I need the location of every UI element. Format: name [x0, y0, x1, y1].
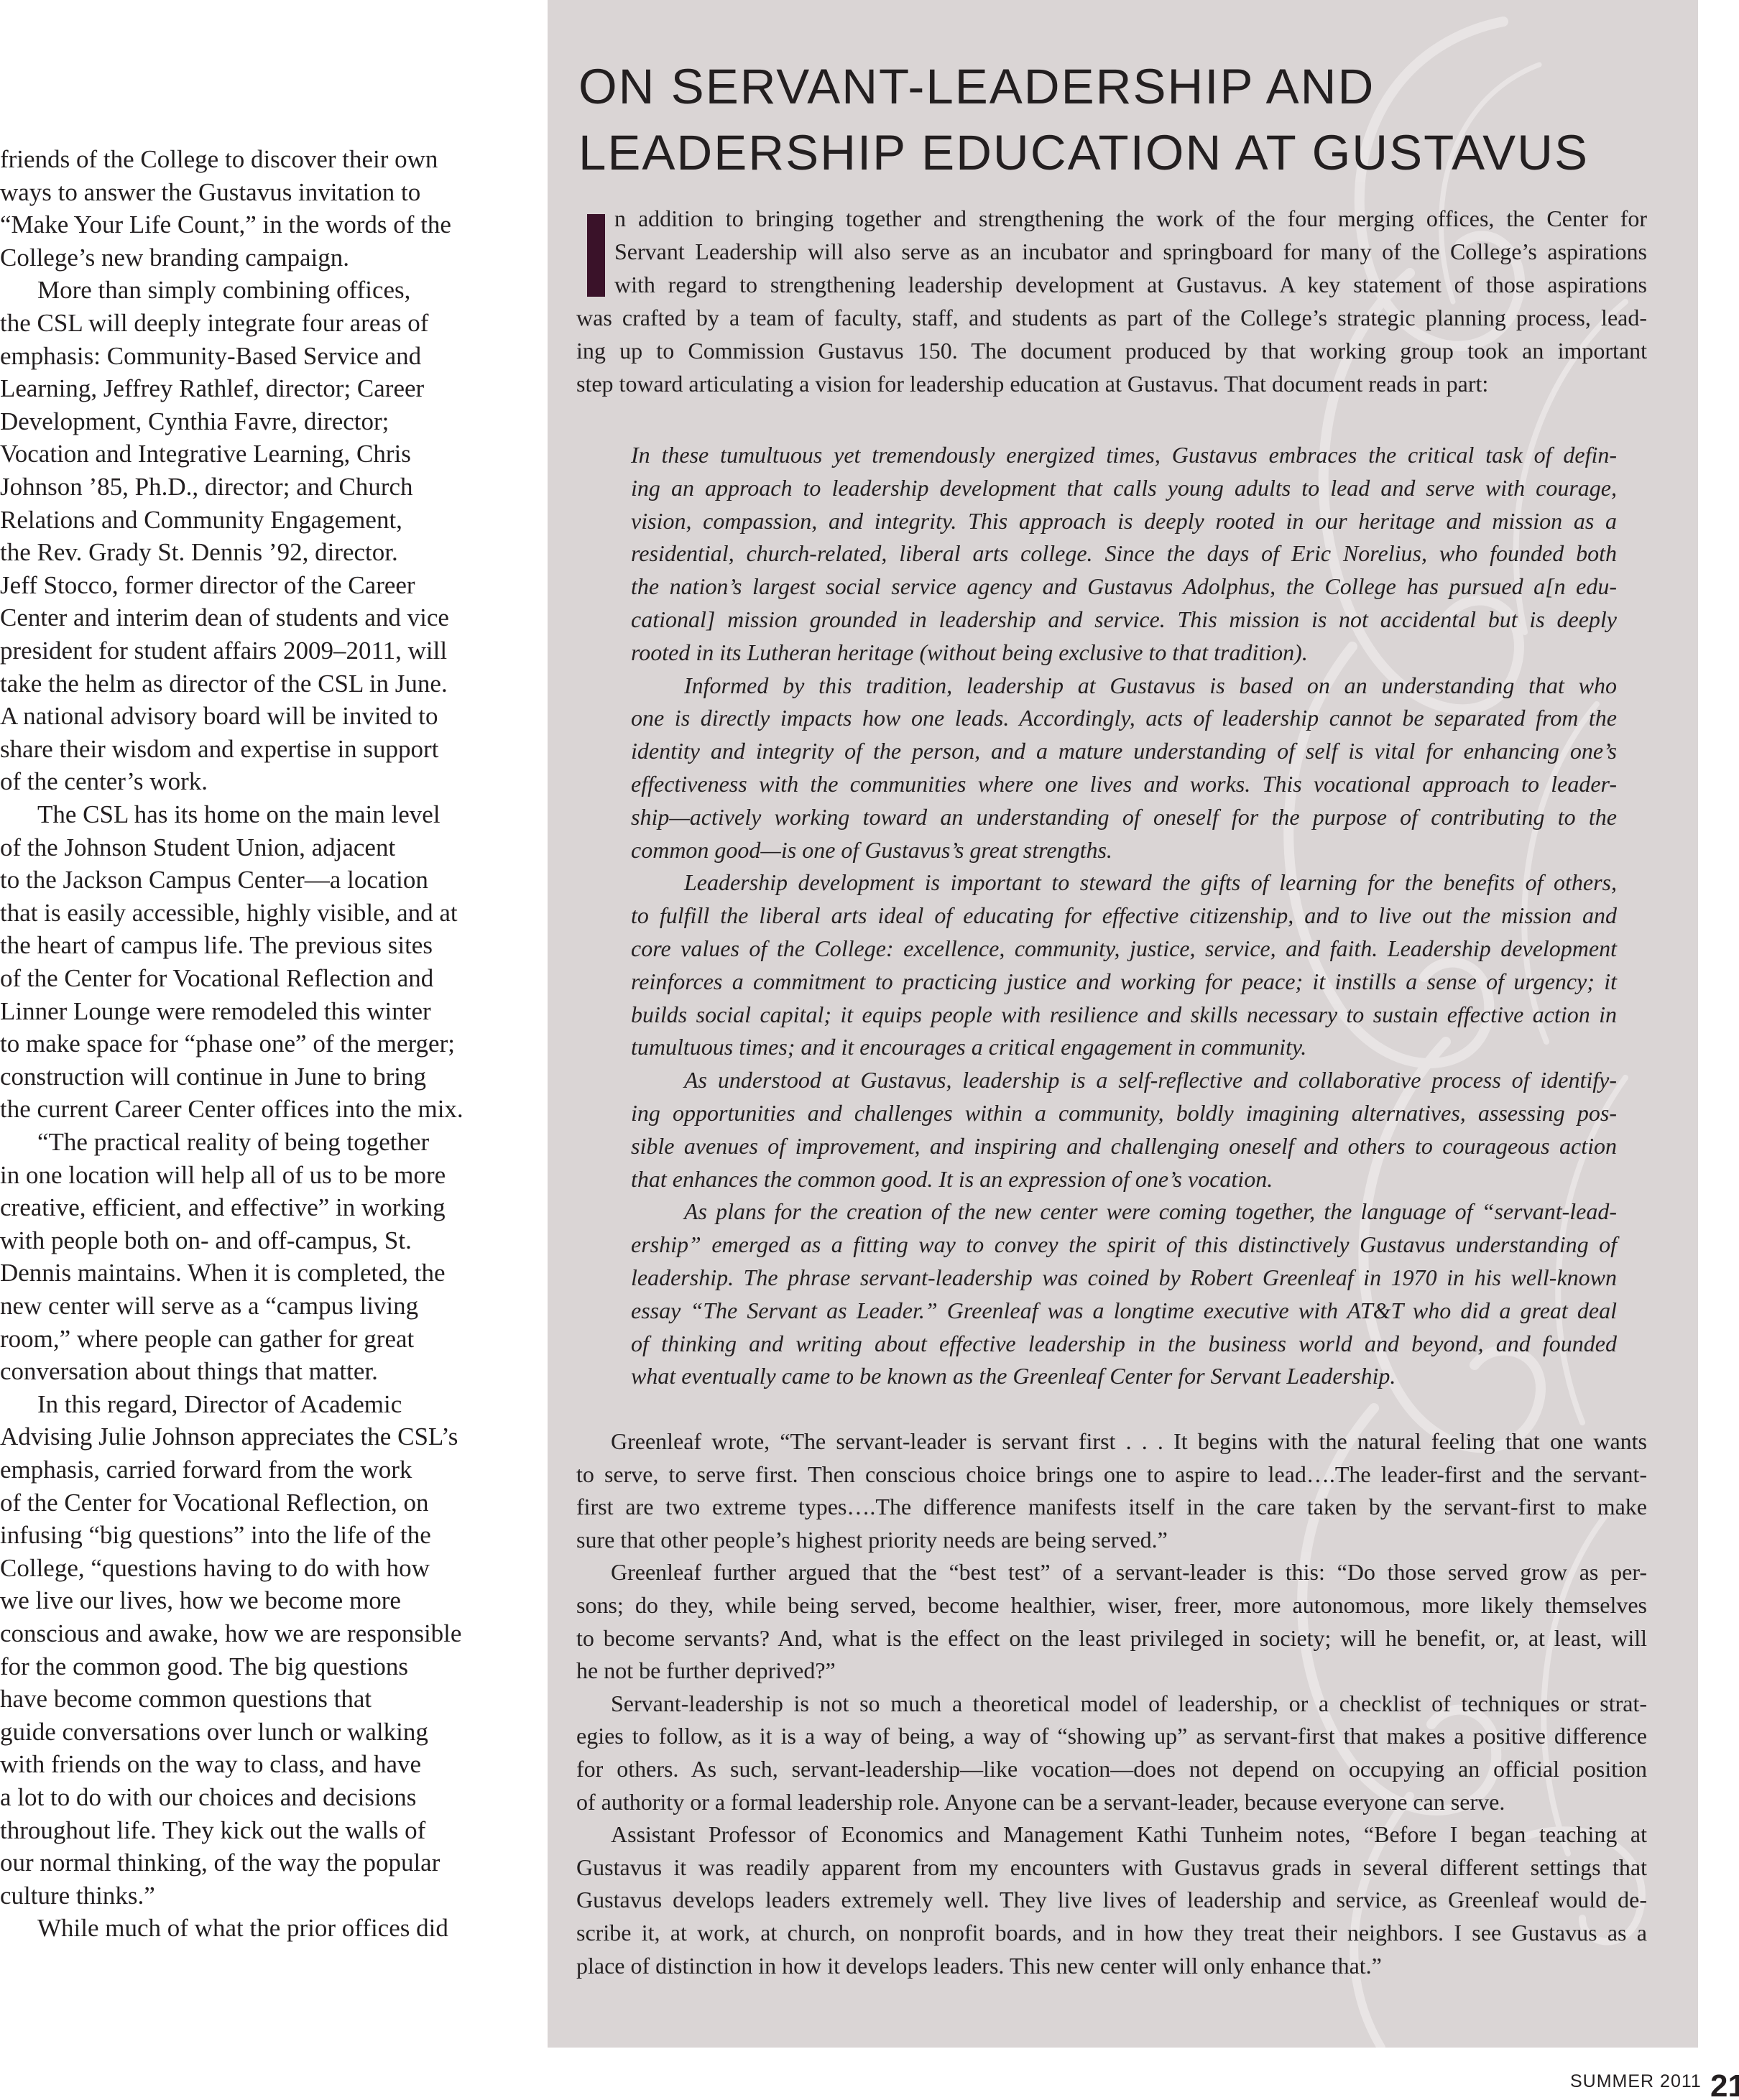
left-column-line: creative, efficient, and effective” in w…	[0, 1195, 446, 1220]
left-column-line: Center and interim dean of students and …	[0, 605, 449, 630]
quote-line: vision, compassion, and integrity. This …	[631, 509, 1617, 532]
left-column-line: Linner Lounge were remodeled this winter	[0, 999, 431, 1024]
quote-line: identity and integrity of the person, an…	[631, 739, 1617, 762]
quote-line: leadership. The phrase servant-leadershi…	[631, 1266, 1617, 1289]
left-column-line: president for student affairs 2009–2011,…	[0, 638, 447, 663]
quote-line: ing opportunities and challenges within …	[631, 1101, 1617, 1124]
body-line: sons; do they, while being served, becom…	[576, 1593, 1647, 1616]
quote-line: cational] mission grounded in leadership…	[631, 608, 1617, 631]
left-column-line: The CSL has its home on the main level	[37, 802, 440, 827]
quote-line: to fulfill the liberal arts ideal of edu…	[631, 904, 1617, 927]
body-line: Gustavus develops leaders extremely well…	[576, 1888, 1647, 1911]
intro-line: step toward articulating a vision for le…	[576, 372, 1488, 395]
quote-line: what eventually came to be known as the …	[631, 1364, 1396, 1387]
left-column-line: the current Career Center offices into t…	[0, 1096, 463, 1121]
left-column-line: emphasis, carried forward from the work	[0, 1457, 412, 1482]
body-line: Assistant Professor of Economics and Man…	[611, 1823, 1647, 1846]
intro-line: with regard to strengthening leadership …	[614, 273, 1647, 296]
left-column-line: “The practical reality of being together	[37, 1129, 429, 1155]
left-column-line: take the helm as director of the CSL in …	[0, 671, 448, 696]
body-line: Greenleaf wrote, “The servant-leader is …	[611, 1430, 1647, 1453]
page-number: 21	[1710, 2071, 1739, 2100]
body-line: of authority or a formal leadership role…	[576, 1790, 1505, 1813]
left-column-line: Development, Cynthia Favre, director;	[0, 409, 389, 434]
left-column-line: for the common good. The big questions	[0, 1654, 408, 1679]
body-line: sure that other people’s highest priorit…	[576, 1528, 1168, 1551]
left-column-line: conversation about things that matter.	[0, 1359, 378, 1384]
intro-line: was crafted by a team of faculty, staff,…	[576, 306, 1647, 329]
body-line: Greenleaf further argued that the “best …	[611, 1560, 1647, 1583]
quote-line: ing an approach to leadership developmen…	[631, 476, 1617, 499]
left-column-line: Johnson ’85, Ph.D., director; and Church	[0, 474, 413, 499]
left-column-line: culture thinks.”	[0, 1883, 155, 1908]
quote-line: of thinking and writing about effective …	[631, 1332, 1617, 1355]
left-column-line: of the center’s work.	[0, 769, 208, 794]
left-column-line: that is easily accessible, highly visibl…	[0, 900, 458, 925]
quote-line: ship—actively working toward an understa…	[631, 805, 1617, 828]
left-column-line: Jeff Stocco, former director of the Care…	[0, 573, 415, 598]
sidebar-title-line-2: LEADERSHIP EDUCATION AT GUSTAVUS	[578, 128, 1589, 177]
quote-line: Leadership development is important to s…	[684, 871, 1617, 894]
left-column-line: of the Johnson Student Union, adjacent	[0, 835, 395, 860]
intro-line: Servant Leadership will also serve as an…	[614, 240, 1647, 263]
left-column-line: share their wisdom and expertise in supp…	[0, 736, 438, 762]
left-column-line: ways to answer the Gustavus invitation t…	[0, 180, 420, 205]
quote-line: As plans for the creation of the new cen…	[684, 1200, 1617, 1223]
left-column-line: Dennis maintains. When it is completed, …	[0, 1260, 446, 1285]
body-line: Servant-leadership is not so much a theo…	[611, 1692, 1647, 1715]
intro-line: ing up to Commission Gustavus 150. The d…	[576, 339, 1647, 362]
left-column-line: new center will serve as a “campus livin…	[0, 1293, 418, 1318]
quote-line: reinforces a commitment to practicing ju…	[631, 970, 1617, 993]
quote-line: ership” emerged as a fitting way to conv…	[631, 1233, 1617, 1256]
left-column-line: the heart of campus life. The previous s…	[0, 933, 433, 958]
quote-line: As understood at Gustavus, leadership is…	[684, 1068, 1617, 1091]
issue-season-label: SUMMER 2011	[1570, 2073, 1702, 2091]
left-column-line: Vocation and Integrative Learning, Chris	[0, 441, 411, 466]
left-column-line: Learning, Jeffrey Rathlef, director; Car…	[0, 376, 424, 401]
body-line: Gustavus it was readily apparent from my…	[576, 1856, 1647, 1879]
left-column-line: we live our lives, how we become more	[0, 1588, 401, 1613]
left-column-line: Advising Julie Johnson appreciates the C…	[0, 1424, 458, 1449]
left-column-line: the CSL will deeply integrate four areas…	[0, 310, 428, 336]
body-line: for others. As such, servant-leadership—…	[576, 1757, 1647, 1780]
left-column-line: the Rev. Grady St. Dennis ’92, director.	[0, 540, 398, 565]
left-column-line: to the Jackson Campus Center—a location	[0, 867, 428, 892]
sidebar-box: ON SERVANT-LEADERSHIP AND LEADERSHIP EDU…	[548, 0, 1698, 2048]
quote-line: In these tumultuous yet tremendously ene…	[631, 443, 1617, 466]
left-column-line: emphasis: Community-Based Service and	[0, 343, 421, 369]
intro-line: n addition to bringing together and stre…	[614, 207, 1647, 230]
body-line: place of distinction in how it develops …	[576, 1954, 1382, 1977]
body-line: to become servants? And, what is the eff…	[576, 1627, 1647, 1650]
left-column-line: in one location will help all of us to b…	[0, 1162, 446, 1188]
quote-line: the nation’s largest social service agen…	[631, 575, 1617, 598]
quote-line: Informed by this tradition, leadership a…	[684, 674, 1617, 697]
left-column-line: throughout life. They kick out the walls…	[0, 1818, 425, 1843]
left-column-line: with people both on- and off-campus, St.	[0, 1228, 412, 1253]
left-column-line: A national advisory board will be invite…	[0, 703, 438, 728]
left-column-line: “Make Your Life Count,” in the words of …	[0, 212, 451, 237]
sidebar-title-line-1: ON SERVANT-LEADERSHIP AND	[578, 62, 1375, 111]
quote-line: effectiveness with the communities where…	[631, 772, 1617, 795]
quote-line: that enhances the common good. It is an …	[631, 1167, 1273, 1190]
quote-line: common good—is one of Gustavus’s great s…	[631, 838, 1112, 861]
left-column-line: with friends on the way to class, and ha…	[0, 1752, 421, 1777]
body-line: first are two extreme types….The differe…	[576, 1495, 1647, 1518]
left-column-line: More than simply combining offices,	[37, 277, 410, 302]
body-line: scribe it, at work, at church, on nonpro…	[576, 1921, 1647, 1944]
body-line: egies to follow, as it is a way of being…	[576, 1724, 1647, 1747]
left-column-line: guide conversations over lunch or walkin…	[0, 1719, 428, 1744]
quote-line: core values of the College: excellence, …	[631, 937, 1617, 960]
quote-line: builds social capital; it equips people …	[631, 1003, 1617, 1026]
body-line: to serve, to serve first. Then conscious…	[576, 1463, 1647, 1486]
left-column-line: of the Center for Vocational Reflection …	[0, 966, 433, 991]
quote-line: tumultuous times; and it encourages a cr…	[631, 1035, 1306, 1058]
left-column-line: College’s new branding campaign.	[0, 245, 349, 270]
body-line: he not be further deprived?”	[576, 1659, 836, 1682]
left-column-line: In this regard, Director of Academic	[37, 1392, 402, 1417]
left-column-line: have become common questions that	[0, 1686, 372, 1711]
drop-cap-letter-i	[587, 214, 605, 297]
left-column-line: a lot to do with our choices and decisio…	[0, 1785, 416, 1810]
quote-line: essay “The Servant as Leader.” Greenleaf…	[631, 1299, 1617, 1322]
quote-line: one is directly impacts how one leads. A…	[631, 706, 1617, 729]
left-column-line: College, “questions having to do with ho…	[0, 1555, 430, 1581]
left-column-line: room,” where people can gather for great	[0, 1326, 414, 1351]
quote-line: sible avenues of improvement, and inspir…	[631, 1134, 1617, 1157]
left-column-line: Relations and Community Engagement,	[0, 507, 402, 532]
quote-line: residential, church-related, liberal art…	[631, 542, 1617, 565]
left-column-line: infusing “big questions” into the life o…	[0, 1522, 431, 1548]
left-column-line: conscious and awake, how we are responsi…	[0, 1621, 461, 1646]
left-column-line: construction will continue in June to br…	[0, 1064, 426, 1089]
quote-line: rooted in its Lutheran heritage (without…	[631, 641, 1308, 664]
left-column-line: our normal thinking, of the way the popu…	[0, 1850, 440, 1875]
left-column-line: While much of what the prior offices did	[37, 1915, 448, 1941]
left-column-line: of the Center for Vocational Reflection,…	[0, 1490, 428, 1515]
left-column-line: friends of the College to discover their…	[0, 147, 438, 172]
left-column-line: to make space for “phase one” of the mer…	[0, 1031, 455, 1056]
